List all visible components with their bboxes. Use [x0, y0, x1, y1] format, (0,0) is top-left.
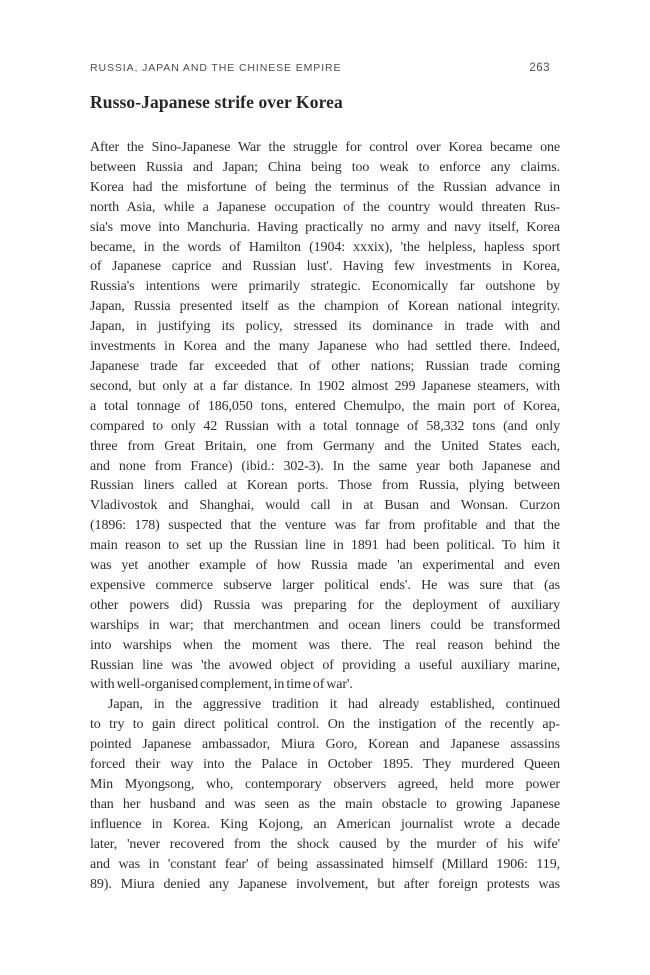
- text-line: other powers did) Russia was preparing f…: [90, 596, 560, 616]
- text-line: Japan, in the aggressive tradition it ha…: [90, 695, 560, 715]
- text-line: to try to gain direct political control.…: [90, 715, 560, 735]
- text-line: pointed Japanese ambassador, Miura Goro,…: [90, 735, 560, 755]
- text-line: three from Great Britain, one from Germa…: [90, 437, 560, 457]
- text-line: Russian liners called at Korean ports. T…: [90, 476, 560, 496]
- text-line: a total tonnage of 186,050 tons, entered…: [90, 397, 560, 417]
- text-line: expensive commerce subserve larger polit…: [90, 576, 560, 596]
- text-line: and was in 'constant fear' of being assa…: [90, 855, 560, 875]
- page-number: 263: [529, 62, 550, 74]
- text-line: Min Myongsong, who, contemporary observe…: [90, 775, 560, 795]
- section-heading: Russo-Japanese strife over Korea: [90, 92, 560, 113]
- text-line: Japan, Russia presented itself as the ch…: [90, 297, 560, 317]
- text-line: Japan, in justifying its policy, stresse…: [90, 317, 560, 337]
- running-title: RUSSIA, JAPAN AND THE CHINESE EMPIRE: [90, 62, 341, 74]
- text-line: Korea had the misfortune of being the te…: [90, 178, 560, 198]
- text-line: compared to only 42 Russian with a total…: [90, 417, 560, 437]
- text-line: warships in war; that merchantmen and oc…: [90, 616, 560, 636]
- text-line: After the Sino-Japanese War the struggle…: [90, 138, 560, 158]
- text-line: forced their way into the Palace in Octo…: [90, 755, 560, 775]
- text-line: second, but only at a far distance. In 1…: [90, 377, 560, 397]
- text-line: Russian line was 'the avowed object of p…: [90, 656, 560, 676]
- text-line: Vladivostok and Shanghai, would call in …: [90, 496, 560, 516]
- text-line: between Russia and Japan; China being to…: [90, 158, 560, 178]
- text-line: into warships when the moment was there.…: [90, 636, 560, 656]
- text-line: than her husband and was seen as the mai…: [90, 795, 560, 815]
- text-line: (1896: 178) suspected that the venture w…: [90, 516, 560, 536]
- text-line: influence in Korea. King Kojong, an Amer…: [90, 815, 560, 835]
- text-line: 89). Miura denied any Japanese involveme…: [90, 875, 560, 895]
- text-line: investments in Korea and the many Japane…: [90, 337, 560, 357]
- text-line: became, in the words of Hamilton (1904: …: [90, 238, 560, 258]
- text-line: Japanese trade far exceeded that of othe…: [90, 357, 560, 377]
- text-line: main reason to set up the Russian line i…: [90, 536, 560, 556]
- text-line: sia's move into Manchuria. Having practi…: [90, 218, 560, 238]
- text-line: later, 'never recovered from the shock c…: [90, 835, 560, 855]
- body-text: After the Sino-Japanese War the struggle…: [90, 138, 560, 894]
- book-page: RUSSIA, JAPAN AND THE CHINESE EMPIRE 263…: [0, 0, 650, 975]
- text-line: north Asia, while a Japanese occupation …: [90, 198, 560, 218]
- text-line: was yet another example of how Russia ma…: [90, 556, 560, 576]
- running-header: RUSSIA, JAPAN AND THE CHINESE EMPIRE 263: [90, 62, 560, 74]
- text-line: of Japanese caprice and Russian lust'. H…: [90, 257, 560, 277]
- text-line: with well-organised complement, in time …: [90, 675, 560, 695]
- text-line: and none from France) (ibid.: 302-3). In…: [90, 457, 560, 477]
- text-line: Russia's intentions were primarily strat…: [90, 277, 560, 297]
